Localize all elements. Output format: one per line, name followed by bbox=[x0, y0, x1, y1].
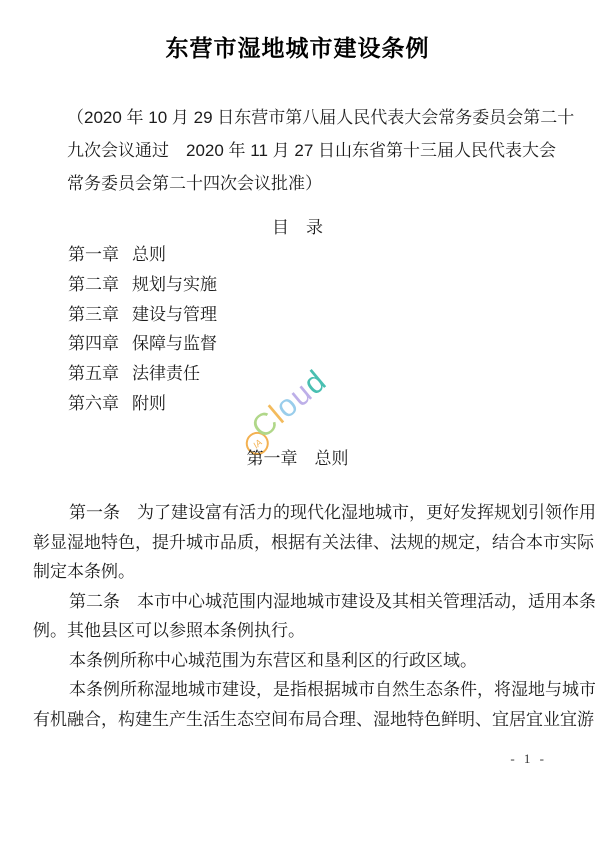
iacloud-watermark: IA Cloud bbox=[232, 364, 332, 455]
preamble-line: （2020 年 10 月 29 日东营市第八届人民代表大会常务委员会第二十 bbox=[67, 101, 574, 134]
toc-item: 第五章法律责任 bbox=[68, 359, 217, 389]
watermark-letter: o bbox=[270, 388, 304, 423]
toc-item: 第一章总则 bbox=[68, 240, 217, 270]
body-line: 例。其他县区可以参照本条例执行。 bbox=[33, 616, 562, 646]
preamble-line: 常务委员会第二十四次会议批准） bbox=[67, 167, 574, 200]
chapter-heading: 第一章 总则 bbox=[0, 444, 595, 469]
preamble: （2020 年 10 月 29 日东营市第八届人民代表大会常务委员会第二十 九次… bbox=[67, 101, 574, 200]
toc-item: 第六章附则 bbox=[68, 389, 217, 419]
toc-heading: 目 录 bbox=[0, 213, 595, 238]
toc-item: 第二章规划与实施 bbox=[68, 270, 217, 300]
toc-chapter-label: 第四章 bbox=[68, 334, 119, 353]
toc-chapter-title: 保障与监督 bbox=[132, 334, 217, 353]
watermark-letter: C bbox=[246, 405, 284, 444]
toc-item: 第四章保障与监督 bbox=[68, 329, 217, 359]
toc-chapter-title: 附则 bbox=[132, 394, 166, 413]
table-of-contents: 第一章总则 第二章规划与实施 第三章建设与管理 第四章保障与监督 第五章法律责任… bbox=[68, 240, 217, 419]
preamble-line: 九次会议通过 2020 年 11 月 27 日山东省第十三届人民代表大会 bbox=[67, 134, 574, 167]
toc-chapter-label: 第一章 bbox=[68, 245, 119, 264]
toc-chapter-title: 建设与管理 bbox=[132, 305, 217, 324]
watermark-letter: l bbox=[264, 400, 290, 429]
body-line: 第一条 为了建设富有活力的现代化湿地城市，更好发挥规划引领作用， bbox=[33, 498, 562, 528]
toc-chapter-label: 第五章 bbox=[68, 364, 119, 383]
document-page: 东营市湿地城市建设条例 （2020 年 10 月 29 日东营市第八届人民代表大… bbox=[0, 0, 595, 841]
body-line: 制定本条例。 bbox=[33, 557, 562, 587]
toc-chapter-title: 法律责任 bbox=[132, 364, 200, 383]
body-line: 本条例所称湿地城市建设，是指根据城市自然生态条件，将湿地与城市 bbox=[33, 675, 562, 705]
watermark-text: Cloud bbox=[246, 364, 332, 443]
page-number: - 1 - bbox=[510, 751, 547, 767]
body-line: 第二条 本市中心城范围内湿地城市建设及其相关管理活动，适用本条 bbox=[33, 587, 562, 617]
body-line: 有机融合，构建生产生活生态空间布局合理、湿地特色鲜明、宜居宜业宜游 bbox=[33, 705, 562, 735]
toc-chapter-title: 规划与实施 bbox=[132, 275, 217, 294]
body-line: 彰显湿地特色，提升城市品质，根据有关法律、法规的规定，结合本市实际， bbox=[33, 528, 562, 558]
toc-chapter-label: 第三章 bbox=[68, 305, 119, 324]
toc-item: 第三章建设与管理 bbox=[68, 300, 217, 330]
toc-chapter-label: 第二章 bbox=[68, 275, 119, 294]
document-title: 东营市湿地城市建设条例 bbox=[0, 30, 595, 63]
watermark-letter: u bbox=[284, 376, 318, 411]
body-text: 第一条 为了建设富有活力的现代化湿地城市，更好发挥规划引领作用， 彰显湿地特色，… bbox=[33, 498, 562, 734]
body-line: 本条例所称中心城范围为东营区和垦利区的行政区域。 bbox=[33, 646, 562, 676]
toc-chapter-label: 第六章 bbox=[68, 394, 119, 413]
toc-chapter-title: 总则 bbox=[132, 245, 166, 264]
watermark-letter: d bbox=[298, 364, 332, 399]
